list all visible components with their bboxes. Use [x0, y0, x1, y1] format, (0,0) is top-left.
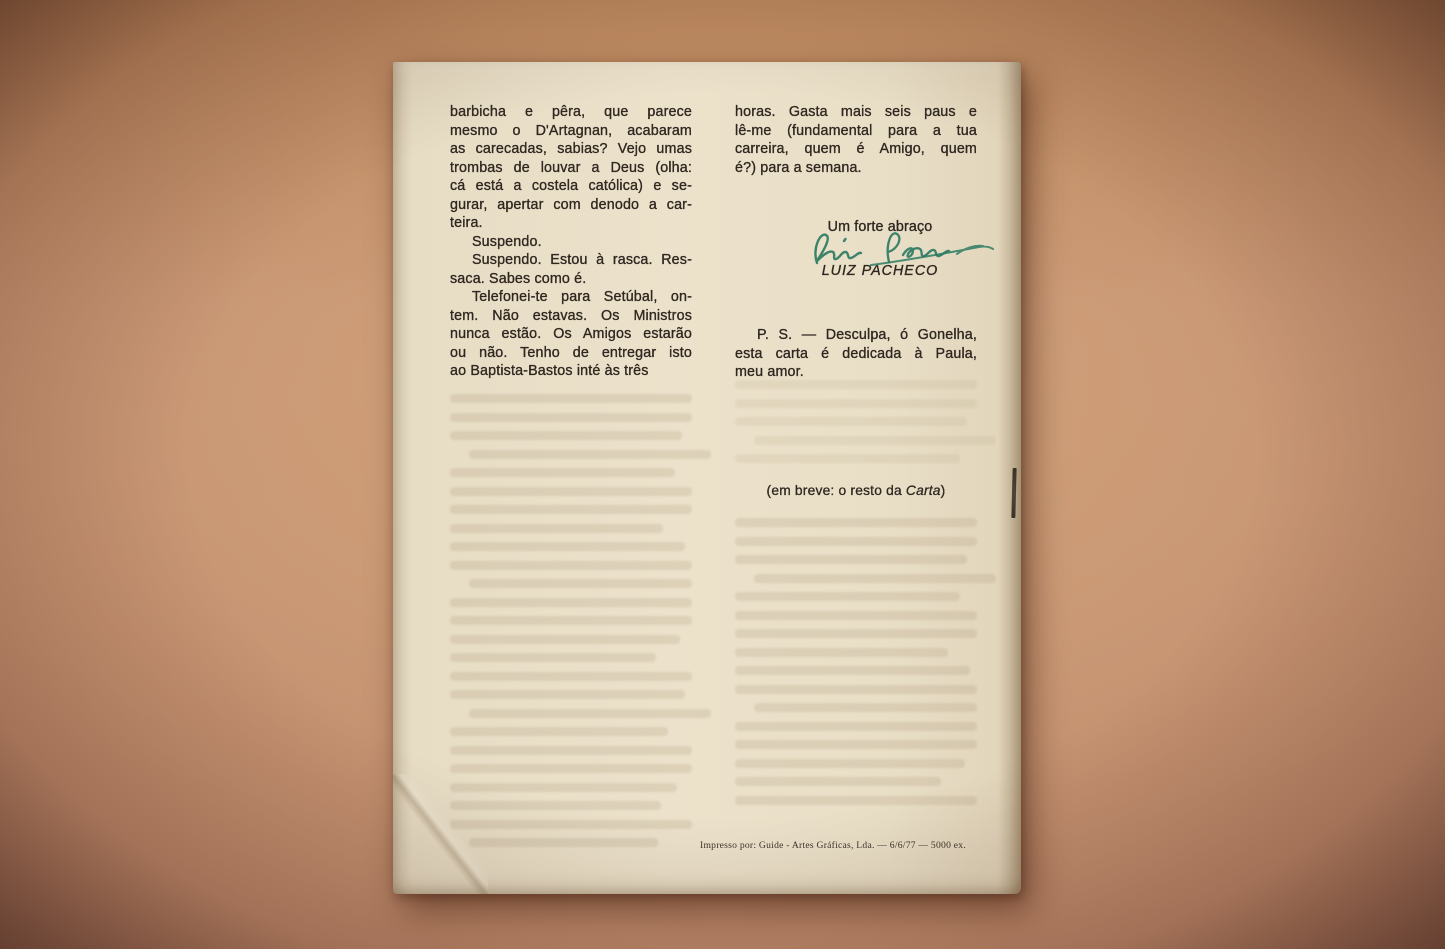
- ghost-text-line: [735, 518, 977, 527]
- ghost-text-line: [469, 838, 658, 847]
- note-suffix: ): [941, 483, 946, 498]
- ghost-text-line: [735, 759, 965, 768]
- ghost-text-line: [450, 764, 692, 773]
- ghost-text-line: [469, 450, 711, 459]
- ghost-text-line: [754, 436, 996, 445]
- text-line: as carecadas, sabias? Vejo umas: [450, 140, 692, 159]
- handwritten-signature: [807, 225, 997, 275]
- ghost-text-line: [754, 574, 996, 583]
- printed-letter-page: barbicha e pêra, que parecemesmo o D'Art…: [393, 62, 1021, 894]
- text-line: P. S. — Desculpa, ó Gonelha,: [735, 326, 977, 345]
- ghost-text-line: [450, 672, 692, 681]
- ghost-text-line: [450, 690, 685, 699]
- ghost-text-line: [469, 579, 692, 588]
- ghost-text-line: [754, 703, 977, 712]
- ghost-text-line: [735, 417, 967, 426]
- text-line: Telefonei-te para Setúbal, on-: [450, 288, 692, 307]
- text-line: teira.: [450, 214, 692, 233]
- right-column-paragraphs: horas. Gasta mais seis paus elê-me (fund…: [735, 103, 977, 177]
- text-line: lê-me (fundamental para a tua: [735, 122, 977, 141]
- postscript: P. S. — Desculpa, ó Gonelha,esta carta é…: [735, 326, 977, 382]
- ghost-text-line: [735, 537, 977, 546]
- ghost-text-line: [735, 685, 977, 694]
- ghost-text-line: [469, 709, 711, 718]
- ghost-text-line: [735, 592, 960, 601]
- ghost-text-line: [450, 820, 692, 829]
- ghost-text-line: [735, 648, 948, 657]
- text-line: esta carta é dedicada à Paula,: [735, 345, 977, 364]
- ghost-text-line: [450, 413, 692, 422]
- ghost-text-line: [735, 740, 977, 749]
- text-line: gurar, apertar com denodo a car-: [450, 196, 692, 215]
- ghost-text-line: [735, 629, 977, 638]
- ghost-text-line: [450, 653, 656, 662]
- text-line: trombas de louvar a Deus (olha:: [450, 159, 692, 178]
- ghost-text-line: [450, 431, 682, 440]
- ghost-showthrough-right-lower: [735, 518, 977, 814]
- letter-closing: Um forte abraço LUIZ PACHECO: [735, 218, 977, 292]
- note-prefix: (em breve: o resto da: [767, 483, 906, 498]
- ghost-text-line: [450, 783, 677, 792]
- ghost-text-line: [450, 801, 661, 810]
- ghost-showthrough-right-upper: [735, 380, 977, 473]
- printer-imprint: Impresso por: Guide - Artes Gráficas, Ld…: [688, 840, 978, 851]
- ghost-text-line: [450, 561, 692, 570]
- right-text-column: horas. Gasta mais seis paus elê-me (fund…: [735, 103, 977, 382]
- ghost-text-line: [735, 454, 960, 463]
- text-line: ao Baptista-Bastos inté às três: [450, 362, 692, 381]
- staple: [1011, 468, 1016, 518]
- ghost-text-line: [450, 487, 692, 496]
- text-line: nunca estão. Os Amigos estarão: [450, 325, 692, 344]
- ghost-text-line: [450, 524, 663, 533]
- ghost-text-line: [450, 635, 680, 644]
- left-text-column: barbicha e pêra, que parecemesmo o D'Art…: [450, 103, 692, 381]
- text-line: horas. Gasta mais seis paus e: [735, 103, 977, 122]
- ghost-text-line: [735, 722, 977, 731]
- text-line: saca. Sabes como é.: [450, 270, 692, 289]
- text-line: meu amor.: [735, 363, 977, 382]
- ghost-text-line: [450, 727, 668, 736]
- text-line: é?) para a semana.: [735, 159, 977, 178]
- text-line: tem. Não estavas. Os Ministros: [450, 307, 692, 326]
- ghost-text-line: [735, 611, 977, 620]
- text-line: Suspendo.: [450, 233, 692, 252]
- ghost-text-line: [735, 777, 941, 786]
- note-italic-word: Carta: [906, 483, 941, 498]
- ghost-text-line: [450, 746, 692, 755]
- text-line: mesmo o D'Artagnan, acabaram: [450, 122, 692, 141]
- text-line: ou não. Tenho de entregar isto: [450, 344, 692, 363]
- text-line: carreira, quem é Amigo, quem: [735, 140, 977, 159]
- ghost-showthrough-left: [450, 394, 692, 857]
- ghost-text-line: [450, 542, 685, 551]
- ghost-text-line: [735, 555, 967, 564]
- ghost-text-line: [450, 394, 692, 403]
- text-line: cá está a costela católica) e se-: [450, 177, 692, 196]
- ghost-text-line: [735, 666, 970, 675]
- ghost-text-line: [450, 468, 675, 477]
- ghost-text-line: [735, 796, 977, 805]
- ghost-text-line: [450, 505, 692, 514]
- text-line: Suspendo. Estou à rasca. Res-: [450, 251, 692, 270]
- ghost-text-line: [735, 399, 977, 408]
- ghost-text-line: [450, 616, 692, 625]
- text-line: barbicha e pêra, que parece: [450, 103, 692, 122]
- ghost-text-line: [450, 598, 692, 607]
- coming-soon-note: (em breve: o resto da Carta): [735, 483, 977, 498]
